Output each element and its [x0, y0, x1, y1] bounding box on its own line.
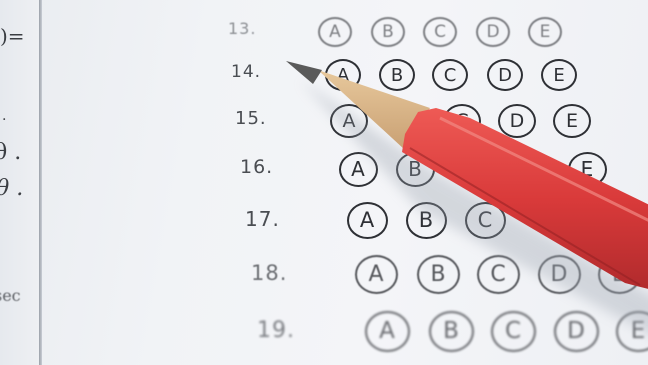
pencil-lead-icon	[286, 61, 322, 84]
pencil	[0, 0, 648, 365]
